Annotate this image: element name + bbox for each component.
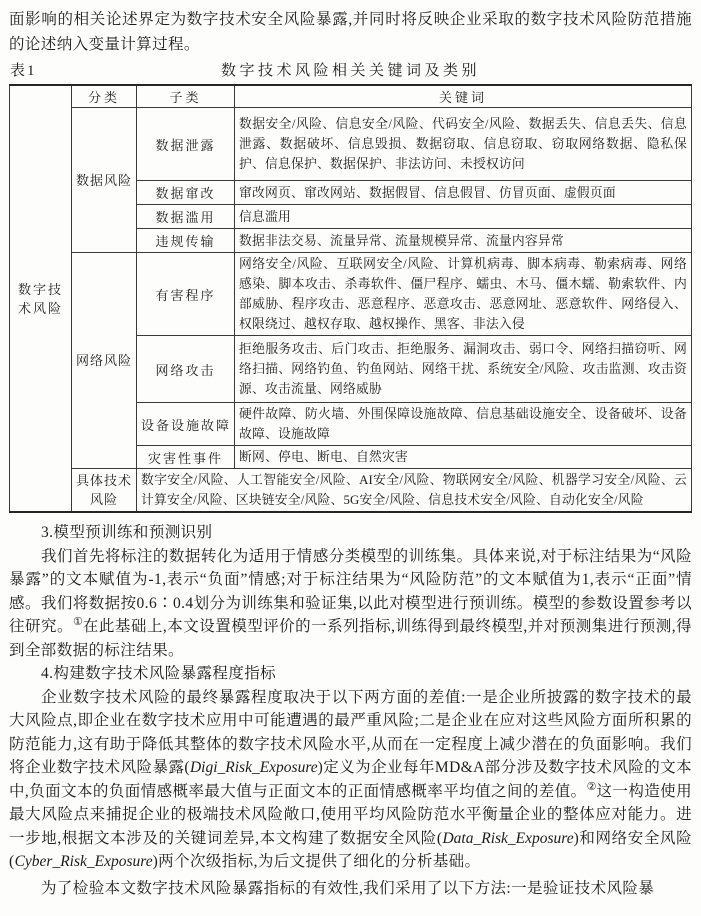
term-data-risk-exposure: Data_Risk_Exposure xyxy=(442,830,573,847)
section-3-paragraph: 我们首先将标注的数据转化为适用于情感分类模型的训练集。具体来说,对于标注结果为“… xyxy=(9,545,692,663)
table-title: 数字技术风险相关关键词及类别 xyxy=(9,61,692,81)
keywords-cell: 数据非法交易、流量异常、流量规模异常、流量内容异常 xyxy=(235,229,692,253)
root-category-cell: 数字技术风险 xyxy=(10,85,72,512)
header-category: 分类 xyxy=(72,85,137,108)
closing-paragraph: 为了检验本文数字技术风险暴露指标的有效性,我们采用了以下方法:一是验证技术风险暴 xyxy=(9,877,692,901)
section-4-text-5: )两个次级指标,为后文提供了细化的分析基础。 xyxy=(153,853,481,870)
subcategory-cell: 数据滥用 xyxy=(137,205,235,229)
keywords-cell: 断网、停电、断电、自然灾害 xyxy=(235,446,692,469)
keywords-cell: 数字安全/风险、人工智能安全/风险、AI安全/风险、物联网安全/风险、机器学习安… xyxy=(137,469,692,513)
header-keywords: 关键词 xyxy=(235,85,692,108)
table-row: 数据风险 数据泄露 数据安全/风险、信息安全/风险、代码安全/风险、数据丢失、信… xyxy=(10,108,692,181)
keywords-cell: 网络安全/风险、互联网安全/风险、计算机病毒、脚本病毒、勒索病毒、网络感染、脚本… xyxy=(235,253,692,336)
term-cyber-risk-exposure: Cyber_Risk_Exposure xyxy=(15,853,153,870)
footnote-ref-1: ① xyxy=(73,616,83,628)
intro-paragraph: 面影响的相关论述界定为数字技术安全风险暴露,并同时将反映企业采取的数字技术风险防… xyxy=(9,7,692,57)
table-row: 具体技术风险 数字安全/风险、人工智能安全/风险、AI安全/风险、物联网安全/风… xyxy=(10,469,692,513)
section-4-paragraph: 企业数字技术风险的最终暴露程度取决于以下两方面的差值:一是企业所披露的数字技术的… xyxy=(9,686,692,874)
table-header-row: 数字技术风险 分类 子类 关键词 xyxy=(10,85,692,108)
keywords-cell: 拒绝服务攻击、后门攻击、拒绝服务、漏洞攻击、弱口令、网络扫描窃听、网络扫描、网络… xyxy=(235,336,692,403)
keywords-cell: 信息滥用 xyxy=(235,205,692,229)
paper-page: 面影响的相关论述界定为数字技术安全风险暴露,并同时将反映企业采取的数字技术风险防… xyxy=(0,0,701,916)
category-cell-data-risk: 数据风险 xyxy=(72,108,137,253)
keywords-cell: 数据安全/风险、信息安全/风险、代码安全/风险、数据丢失、信息丢失、信息泄露、数… xyxy=(235,108,692,181)
table-row: 网络风险 有害程序 网络安全/风险、互联网安全/风险、计算机病毒、脚本病毒、勒索… xyxy=(10,253,692,336)
table-caption: 表1 数字技术风险相关关键词及类别 xyxy=(9,61,692,81)
keywords-cell: 硬件故障、防火墙、外围保障设施故障、信息基础设施安全、设备破坏、设备故障、设施故… xyxy=(235,403,692,446)
subcategory-cell: 网络攻击 xyxy=(137,336,235,403)
subcategory-cell: 设备设施故障 xyxy=(137,403,235,446)
subcategory-cell: 有害程序 xyxy=(137,253,235,336)
keywords-cell: 窜改网页、窜改网站、数据假冒、信息假冒、仿冒页面、虚假页面 xyxy=(235,181,692,205)
section-4-heading: 4.构建数字技术风险暴露程度指标 xyxy=(9,662,692,686)
subcategory-cell: 灾害性事件 xyxy=(137,446,235,469)
subcategory-cell: 数据窜改 xyxy=(137,181,235,205)
category-cell-specific-tech-risk: 具体技术风险 xyxy=(72,469,137,513)
section-3-text-2: 在此基础上,本文设置模型评价的一系列指标,训练得到最终模型,并对预测集进行预测,… xyxy=(9,618,692,659)
footnote-ref-2: ② xyxy=(587,780,597,792)
term-digi-risk-exposure: Digi_Risk_Exposure xyxy=(190,759,318,776)
section-3-heading: 3.模型预训练和预测识别 xyxy=(9,521,692,545)
subcategory-cell: 数据泄露 xyxy=(137,108,235,181)
category-cell-cyber-risk: 网络风险 xyxy=(72,253,137,469)
header-subcategory: 子类 xyxy=(137,85,235,108)
subcategory-cell: 违规传输 xyxy=(137,229,235,253)
keywords-table: 数字技术风险 分类 子类 关键词 数据风险 数据泄露 数据安全/风险、信息安全/… xyxy=(9,84,692,513)
